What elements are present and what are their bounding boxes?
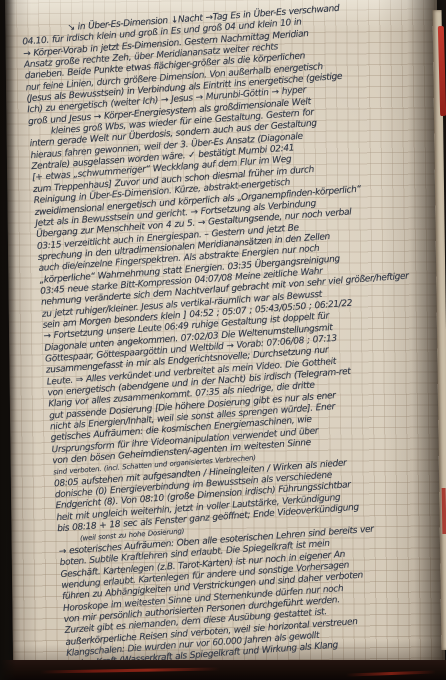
notebook-photo: ↘ in Über-Es-Dimension ↓Nacht →Tag Es in…: [0, 0, 446, 680]
notebook-page: ↘ in Über-Es-Dimension ↓Nacht →Tag Es in…: [5, 0, 445, 675]
handwriting-block: ↘ in Über-Es-Dimension ↓Nacht →Tag Es in…: [21, 0, 446, 671]
red-edge-lower: [442, 488, 446, 534]
cover-red-glint: [40, 667, 220, 673]
book-cover-strip: [0, 660, 446, 680]
cover-red-glint-right: [346, 670, 436, 676]
